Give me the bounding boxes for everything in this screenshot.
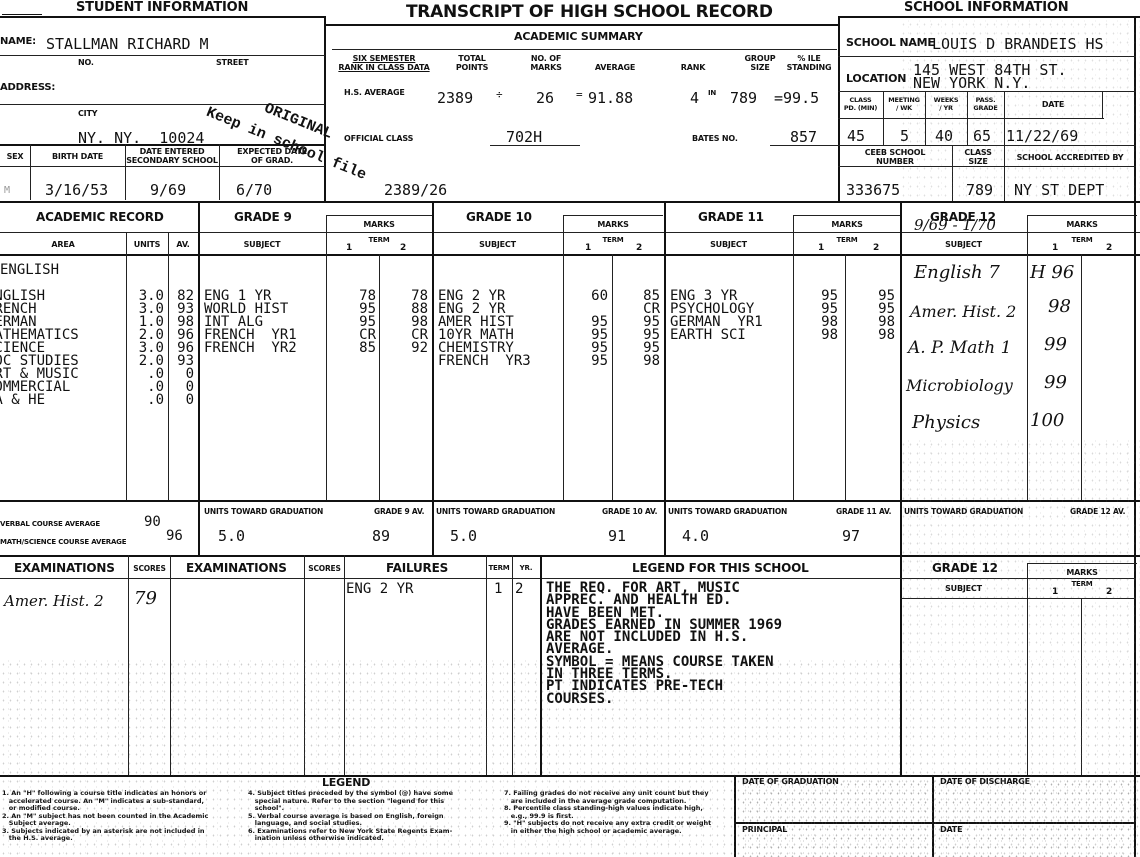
rank-header: RANK: [678, 63, 708, 72]
location-line2: NEW YORK N.Y.: [913, 77, 1030, 90]
grade9-units-label: UNITS TOWARD GRADUATION: [204, 507, 323, 516]
sex-label: SEX: [0, 152, 30, 161]
grade9-subject-label: SUBJECT: [198, 240, 326, 249]
city-label: CITY: [78, 109, 97, 118]
grade12-avg-label: GRADE 12 AV.: [1070, 507, 1125, 516]
area-list: ENGLISHFRENCHGERMANMATHEMATICSSCIENCESOC…: [0, 264, 79, 433]
grade11-units-value: 4.0: [682, 530, 709, 543]
grade10-marks-label: MARKS: [563, 220, 663, 229]
grade12-subject-2: A. P. Math 1: [908, 338, 1011, 358]
academic-summary-title: ACADEMIC SUMMARY: [514, 32, 643, 41]
grade9-subjects: ENG 1 YRWORLD HISTINT ALGFRENCH YR1FRENC…: [204, 264, 297, 381]
graduation-date-label: DATE OF GRADUATION: [742, 777, 839, 786]
grade11-title: GRADE 11: [698, 210, 764, 224]
failure-row-0-yr: 2: [515, 583, 523, 596]
grade10-avg-value: 91: [608, 530, 626, 543]
grade9-term1-label: 1: [346, 244, 352, 253]
grade10-subjects: ENG 2 YRENG 2 YRAMER HIST10YR MATHCHEMIS…: [438, 264, 531, 394]
grade9-units-value: 5.0: [218, 530, 245, 543]
grade12-subject-label: SUBJECT: [900, 240, 1027, 249]
exams-header-2: EXAMINATIONS: [186, 561, 287, 575]
grade11-marks-label: MARKS: [793, 220, 901, 229]
date-value: 11/22/69: [1006, 130, 1078, 143]
grade10-term-label: TERM: [563, 236, 663, 245]
grade10-avg-label: GRADE 10 AV.: [602, 507, 657, 516]
scores-header-2: SCORES: [305, 564, 344, 573]
legend-header: LEGEND: [322, 776, 370, 789]
failures-header: FAILURES: [386, 561, 448, 575]
grade12-subject-0: English 7: [914, 262, 1000, 283]
grade12-subject-3: Microbiology: [906, 376, 1013, 395]
principal-label: PRINCIPAL: [742, 825, 787, 834]
grade9-term2-marks: 788898CR92: [380, 264, 428, 381]
academic-record-title: ACADEMIC RECORD: [36, 210, 164, 224]
scan-noise: [900, 440, 1140, 660]
rank-value: 4: [690, 92, 699, 105]
grade12b-term2-label: 2: [1106, 588, 1112, 597]
grade12-term-label: TERM: [1027, 236, 1137, 245]
group-size-header: GROUPSIZE: [740, 54, 780, 72]
grade12-units-label: UNITS TOWARD GRADUATION: [904, 507, 1023, 516]
total-points-header: TOTALPOINTS: [452, 54, 492, 72]
units-header: UNITS: [126, 240, 168, 249]
date-label: DATE: [1004, 100, 1102, 109]
sex-value: M: [4, 184, 10, 197]
grade9-marks-label: MARKS: [326, 220, 432, 229]
student-name: STALLMAN RICHARD M: [46, 38, 209, 51]
grade12-mark-3: 99: [1044, 372, 1067, 393]
school-name-value: LOUIS D BRANDEIS HS: [932, 38, 1104, 51]
area-header: AREA: [0, 240, 126, 249]
ceeb-label: CEEB SCHOOLNUMBER: [838, 148, 952, 166]
verbal-avg-label: VERBAL COURSE AVERAGE: [0, 520, 100, 529]
scores-header-1: SCORES: [129, 564, 170, 573]
no-label: NO.: [78, 58, 94, 67]
grade11-term1-label: 1: [818, 244, 824, 253]
percentile-header: % ILESTANDING: [784, 54, 834, 72]
school-legend-header: LEGEND FOR THIS SCHOOL: [632, 561, 809, 575]
grade10-term1-label: 1: [585, 244, 591, 253]
grade11-avg-value: 97: [842, 530, 860, 543]
school-legend-text: THE REQ. FOR ART, MUSIC APPREC. AND HEAL…: [546, 582, 782, 705]
class-size-label: CLASSSIZE: [952, 148, 1004, 166]
birth-date-label: BIRTH DATE: [30, 152, 125, 161]
grade12-subject-1: Amer. Hist. 2: [910, 302, 1016, 321]
failure-row-0-subject: ENG 2 YR: [346, 583, 413, 596]
grade9-term-label: TERM: [326, 236, 432, 245]
grade12b-marks-label: MARKS: [1027, 568, 1137, 577]
exam-row-0-score: 79: [134, 588, 157, 609]
legend-col2: 4. Subject titles preceded by the symbol…: [248, 790, 453, 843]
grade10-term2-label: 2: [636, 244, 642, 253]
official-class-value: 702H: [506, 131, 542, 144]
no-marks-value: 26: [536, 92, 554, 105]
top-left-mark: [2, 0, 42, 15]
name-label: NAME:: [0, 37, 36, 46]
equals-sign: =: [576, 88, 583, 101]
grade9-term1-marks: 789595CR85: [328, 264, 376, 381]
total-points-value: 2389: [437, 92, 473, 105]
grade10-title: GRADE 10: [466, 210, 532, 224]
legend-col1: 1. An "H" following a course title indic…: [2, 790, 208, 843]
class-pd-value: 45: [847, 130, 865, 143]
average-header: AVERAGE: [590, 63, 640, 72]
weeks-value: 40: [935, 130, 953, 143]
grade10-subject-label: SUBJECT: [432, 240, 563, 249]
grade11-term1-marks: 95959898: [793, 264, 838, 368]
grade9-avg-value: 89: [372, 530, 390, 543]
grade11-units-label: UNITS TOWARD GRADUATION: [668, 507, 787, 516]
class-pd-label: CLASSPD. (MIN): [838, 96, 883, 112]
street-label: STREET: [216, 58, 249, 67]
legend-col3: 7. Failing grades do not receive any uni…: [504, 790, 711, 835]
grade12-term2-label: 2: [1106, 244, 1112, 253]
math-sci-avg-value: 96: [166, 530, 183, 543]
grade11-subject-label: SUBJECT: [664, 240, 793, 249]
av-list: 829398969693000: [170, 264, 194, 433]
school-name-label: SCHOOL NAME: [846, 38, 935, 47]
grade11-term2-marks: 95959898: [845, 264, 895, 368]
average-value: 91.88: [588, 92, 633, 105]
grade11-term2-label: 2: [873, 244, 879, 253]
grade12-mark-1: 98: [1048, 296, 1071, 317]
av-header: AV.: [168, 240, 198, 249]
grade12-term1-label: 1: [1052, 244, 1058, 253]
grade12-subject-4: Physics: [912, 412, 980, 433]
weeks-label: WEEKS/ YR: [925, 96, 967, 112]
signoff-date-label: DATE: [940, 825, 962, 834]
no-marks-header: NO. OFMARKS: [526, 54, 566, 72]
in-label: IN: [708, 89, 716, 98]
failures-term-header: TERM: [486, 564, 512, 573]
meeting-value: 5: [900, 130, 909, 143]
address-label: ADDRESS:: [0, 83, 55, 92]
scan-noise: [740, 780, 1140, 857]
rank-data-header: SIX SEMESTERRANK IN CLASS DATA: [332, 54, 436, 72]
ceeb-number-value: 333675: [846, 184, 900, 197]
grade11-term-label: TERM: [793, 236, 901, 245]
student-info-title: STUDENT INFORMATION: [76, 0, 248, 15]
location-label: LOCATION: [846, 74, 906, 83]
calc-note: 2389/26: [384, 184, 447, 197]
grade10-units-value: 5.0: [450, 530, 477, 543]
hs-average-label: H.S. AVERAGE: [344, 88, 405, 97]
meeting-label: MEETING/ WK: [883, 96, 925, 112]
math-sci-avg-label: MATH/SCIENCE COURSE AVERAGE: [0, 538, 126, 547]
grade12-mark-4: 100: [1030, 410, 1064, 431]
grade9-term2-label: 2: [400, 244, 406, 253]
grade9-avg-label: GRADE 9 AV.: [374, 507, 424, 516]
birth-date-value: 3/16/53: [45, 184, 108, 197]
grade12-mark-0: H 96: [1030, 262, 1074, 283]
class-size-value: 789: [966, 184, 993, 197]
divide-sign: ÷: [496, 88, 503, 101]
grade10-term2-marks: 85CR95959598: [612, 264, 660, 394]
verbal-avg-value: 90: [144, 516, 161, 529]
grade12b-subject-label: SUBJECT: [900, 584, 1027, 593]
date-entered-label: DATE ENTEREDSECONDARY SCHOOL: [125, 147, 219, 165]
expected-grad-value: 6/70: [236, 184, 272, 197]
units-list: 3.03.01.02.03.02.0.0.0.0: [130, 264, 164, 433]
grade12b-term-label: TERM: [1027, 580, 1137, 589]
grade10-units-label: UNITS TOWARD GRADUATION: [436, 507, 555, 516]
exam-row-0-name: Amer. Hist. 2: [4, 592, 104, 610]
pass-grade-label: PASS.GRADE: [967, 96, 1004, 112]
exams-header-1: EXAMINATIONS: [14, 561, 115, 575]
bates-no-label: BATES NO.: [692, 134, 738, 143]
grade12b-title: GRADE 12: [932, 561, 998, 575]
grade12-marks-label: MARKS: [1027, 220, 1137, 229]
accredited-label: SCHOOL ACCREDITED BY: [1004, 153, 1136, 162]
bates-no-value: 857: [790, 131, 817, 144]
group-size-value: 789: [730, 92, 757, 105]
grade12-mark-2: 99: [1044, 334, 1067, 355]
grade10-term1-marks: 60 95959595: [563, 264, 608, 394]
discharge-date-label: DATE OF DISCHARGE: [940, 777, 1030, 786]
school-info-title: SCHOOL INFORMATION: [904, 0, 1068, 15]
accredited-by-value: NY ST DEPT: [1014, 184, 1104, 197]
failures-yr-header: YR.: [512, 564, 540, 573]
date-entered-value: 9/69: [150, 184, 186, 197]
document-title: TRANSCRIPT OF HIGH SCHOOL RECORD: [406, 2, 773, 22]
percentile-value: =99.5: [774, 92, 819, 105]
grade12-dates: 9/69 - 1/70: [914, 216, 996, 234]
grade9-title: GRADE 9: [234, 210, 292, 224]
official-class-label: OFFICIAL CLASS: [344, 134, 413, 143]
grade11-avg-label: GRADE 11 AV.: [836, 507, 891, 516]
failure-row-0-term: 1: [494, 583, 502, 596]
pass-grade-value: 65: [973, 130, 991, 143]
grade12b-term1-label: 1: [1052, 588, 1058, 597]
grade11-subjects: ENG 3 YRPSYCHOLOGYGERMAN YR1EARTH SCI: [670, 264, 763, 368]
